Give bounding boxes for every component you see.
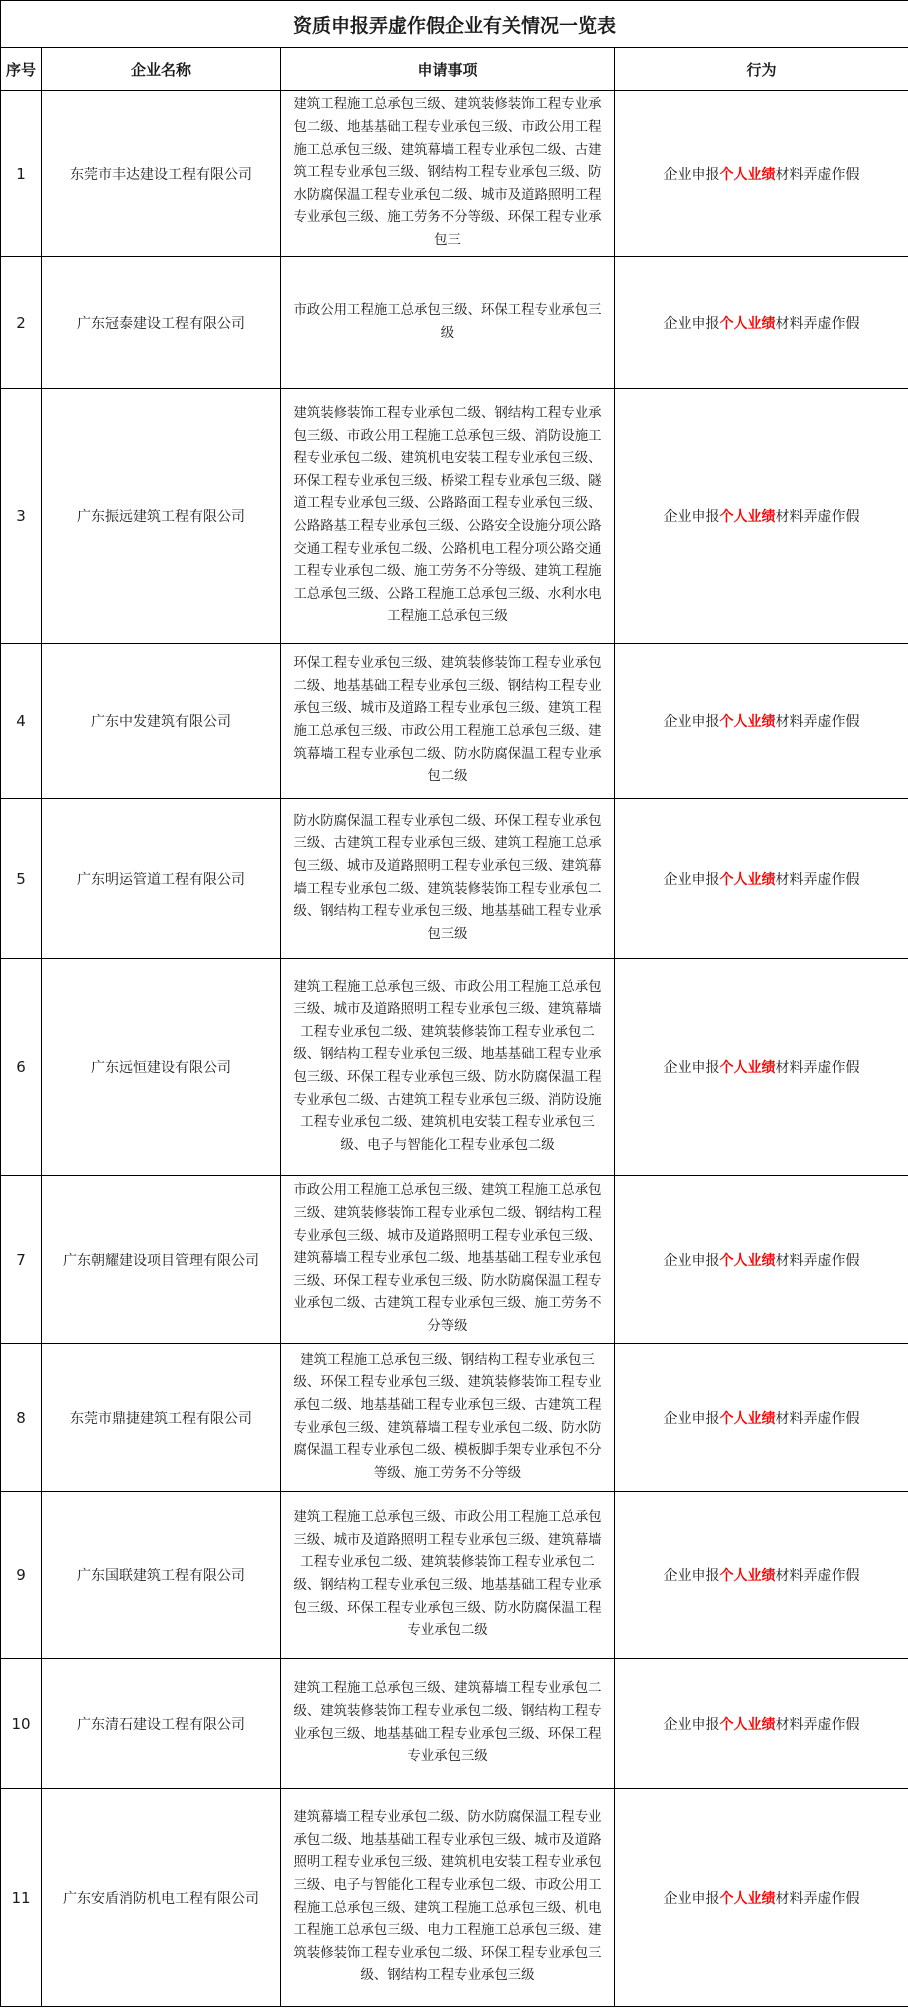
behavior-highlight: 个人业绩 [720, 714, 776, 730]
fraud-enterprise-table: 资质申报弄虚作假企业有关情况一览表 序号 企业名称 申请事项 行为 1 东莞市丰… [0, 0, 908, 2007]
behavior: 企业申报个人业绩材料弄虚作假 [615, 1659, 908, 1789]
behavior-prefix: 企业申报 [664, 509, 720, 525]
application-items-text: 建筑幕墙工程专业承包二级、防水防腐保温工程专业承包二级、地基基础工程专业承包三级… [287, 1807, 608, 1988]
application-items-text: 建筑工程施工总承包三级、市政公用工程施工总承包三级、城市及道路照明工程专业承包三… [287, 1507, 608, 1643]
application-items: 市政公用工程施工总承包三级、建筑工程施工总承包三级、建筑装修装饰工程专业承包二级… [281, 1176, 615, 1344]
header-company: 企业名称 [42, 48, 281, 91]
behavior-prefix: 企业申报 [664, 714, 720, 730]
behavior-suffix: 材料弄虚作假 [776, 1891, 860, 1907]
application-items: 防水防腐保温工程专业承包二级、环保工程专业承包三级、古建筑工程专业承包三级、建筑… [281, 799, 615, 959]
application-items-text: 市政公用工程施工总承包三级、建筑工程施工总承包三级、建筑装修装饰工程专业承包二级… [287, 1180, 608, 1338]
header-row: 序号 企业名称 申请事项 行为 [1, 48, 908, 91]
application-items-text: 防水防腐保温工程专业承包二级、环保工程专业承包三级、古建筑工程专业承包三级、建筑… [287, 811, 608, 947]
table-body: 1 东莞市丰达建设工程有限公司 建筑工程施工总承包三级、建筑装修装饰工程专业承包… [1, 91, 908, 2007]
behavior-suffix: 材料弄虚作假 [776, 167, 860, 183]
behavior: 企业申报个人业绩材料弄虚作假 [615, 959, 908, 1176]
behavior-highlight: 个人业绩 [720, 167, 776, 183]
behavior-highlight: 个人业绩 [720, 316, 776, 332]
behavior-suffix: 材料弄虚作假 [776, 1717, 860, 1733]
behavior-prefix: 企业申报 [664, 1891, 720, 1907]
behavior-highlight: 个人业绩 [720, 872, 776, 888]
behavior-highlight: 个人业绩 [720, 1891, 776, 1907]
row-index: 8 [1, 1344, 42, 1492]
behavior-prefix: 企业申报 [664, 167, 720, 183]
company-name: 广东明运管道工程有限公司 [42, 799, 281, 959]
company-name: 广东安盾消防机电工程有限公司 [42, 1789, 281, 2007]
application-items-text: 建筑工程施工总承包三级、钢结构工程专业承包三级、环保工程专业承包三级、建筑装修装… [287, 1350, 608, 1486]
table-row: 8 东莞市鼎捷建筑工程有限公司 建筑工程施工总承包三级、钢结构工程专业承包三级、… [1, 1344, 908, 1492]
behavior-highlight: 个人业绩 [720, 1717, 776, 1733]
behavior-suffix: 材料弄虚作假 [776, 872, 860, 888]
table-row: 11 广东安盾消防机电工程有限公司 建筑幕墙工程专业承包二级、防水防腐保温工程专… [1, 1789, 908, 2007]
behavior-highlight: 个人业绩 [720, 1060, 776, 1076]
behavior-prefix: 企业申报 [664, 1411, 720, 1427]
table-row: 10 广东清石建设工程有限公司 建筑工程施工总承包三级、建筑幕墙工程专业承包二级… [1, 1659, 908, 1789]
header-behavior: 行为 [615, 48, 908, 91]
behavior: 企业申报个人业绩材料弄虚作假 [615, 1344, 908, 1492]
row-index: 2 [1, 257, 42, 389]
application-items-text: 建筑工程施工总承包三级、市政公用工程施工总承包三级、城市及道路照明工程专业承包三… [287, 977, 608, 1158]
behavior-prefix: 企业申报 [664, 1253, 720, 1269]
row-index: 11 [1, 1789, 42, 2007]
behavior-suffix: 材料弄虚作假 [776, 316, 860, 332]
table-row: 6 广东远恒建设有限公司 建筑工程施工总承包三级、市政公用工程施工总承包三级、城… [1, 959, 908, 1176]
company-name: 广东中发建筑有限公司 [42, 644, 281, 799]
behavior: 企业申报个人业绩材料弄虚作假 [615, 91, 908, 257]
application-items: 建筑工程施工总承包三级、市政公用工程施工总承包三级、城市及道路照明工程专业承包三… [281, 1492, 615, 1659]
application-items-text: 建筑工程施工总承包三级、建筑幕墙工程专业承包二级、建筑装修装饰工程专业承包二级、… [287, 1678, 608, 1768]
company-name: 广东冠泰建设工程有限公司 [42, 257, 281, 389]
table-row: 2 广东冠泰建设工程有限公司 市政公用工程施工总承包三级、环保工程专业承包三级 … [1, 257, 908, 389]
table-row: 4 广东中发建筑有限公司 环保工程专业承包三级、建筑装修装饰工程专业承包二级、地… [1, 644, 908, 799]
behavior: 企业申报个人业绩材料弄虚作假 [615, 257, 908, 389]
behavior-prefix: 企业申报 [664, 872, 720, 888]
application-items: 建筑工程施工总承包三级、建筑幕墙工程专业承包二级、建筑装修装饰工程专业承包二级、… [281, 1659, 615, 1789]
behavior-suffix: 材料弄虚作假 [776, 509, 860, 525]
behavior-highlight: 个人业绩 [720, 1253, 776, 1269]
application-items-text: 市政公用工程施工总承包三级、环保工程专业承包三级 [287, 300, 608, 345]
application-items: 建筑工程施工总承包三级、钢结构工程专业承包三级、环保工程专业承包三级、建筑装修装… [281, 1344, 615, 1492]
application-items: 建筑装修装饰工程专业承包二级、钢结构工程专业承包三级、市政公用工程施工总承包三级… [281, 389, 615, 644]
row-index: 7 [1, 1176, 42, 1344]
company-name: 广东振远建筑工程有限公司 [42, 389, 281, 644]
behavior-suffix: 材料弄虚作假 [776, 1060, 860, 1076]
row-index: 9 [1, 1492, 42, 1659]
company-name: 广东朝耀建设项目管理有限公司 [42, 1176, 281, 1344]
application-items: 建筑幕墙工程专业承包二级、防水防腐保温工程专业承包二级、地基基础工程专业承包三级… [281, 1789, 615, 2007]
row-index: 6 [1, 959, 42, 1176]
behavior-prefix: 企业申报 [664, 1568, 720, 1584]
behavior-highlight: 个人业绩 [720, 1411, 776, 1427]
behavior-suffix: 材料弄虚作假 [776, 1568, 860, 1584]
behavior-suffix: 材料弄虚作假 [776, 714, 860, 730]
behavior: 企业申报个人业绩材料弄虚作假 [615, 1492, 908, 1659]
behavior-prefix: 企业申报 [664, 1717, 720, 1733]
behavior: 企业申报个人业绩材料弄虚作假 [615, 1789, 908, 2007]
row-index: 1 [1, 91, 42, 257]
table-row: 3 广东振远建筑工程有限公司 建筑装修装饰工程专业承包二级、钢结构工程专业承包三… [1, 389, 908, 644]
behavior-prefix: 企业申报 [664, 316, 720, 332]
table-title: 资质申报弄虚作假企业有关情况一览表 [1, 1, 908, 48]
company-name: 广东远恒建设有限公司 [42, 959, 281, 1176]
behavior-prefix: 企业申报 [664, 1060, 720, 1076]
table-row: 9 广东国联建筑工程有限公司 建筑工程施工总承包三级、市政公用工程施工总承包三级… [1, 1492, 908, 1659]
behavior: 企业申报个人业绩材料弄虚作假 [615, 1176, 908, 1344]
behavior-highlight: 个人业绩 [720, 1568, 776, 1584]
header-items: 申请事项 [281, 48, 615, 91]
table-row: 7 广东朝耀建设项目管理有限公司 市政公用工程施工总承包三级、建筑工程施工总承包… [1, 1176, 908, 1344]
behavior: 企业申报个人业绩材料弄虚作假 [615, 644, 908, 799]
table-row: 1 东莞市丰达建设工程有限公司 建筑工程施工总承包三级、建筑装修装饰工程专业承包… [1, 91, 908, 257]
row-index: 5 [1, 799, 42, 959]
row-index: 3 [1, 389, 42, 644]
table-row: 5 广东明运管道工程有限公司 防水防腐保温工程专业承包二级、环保工程专业承包三级… [1, 799, 908, 959]
application-items: 环保工程专业承包三级、建筑装修装饰工程专业承包二级、地基基础工程专业承包三级、钢… [281, 644, 615, 799]
application-items: 市政公用工程施工总承包三级、环保工程专业承包三级 [281, 257, 615, 389]
company-name: 东莞市鼎捷建筑工程有限公司 [42, 1344, 281, 1492]
behavior: 企业申报个人业绩材料弄虚作假 [615, 799, 908, 959]
behavior: 企业申报个人业绩材料弄虚作假 [615, 389, 908, 644]
application-items: 建筑工程施工总承包三级、建筑装修装饰工程专业承包二级、地基基础工程专业承包三级、… [281, 91, 615, 257]
header-index: 序号 [1, 48, 42, 91]
behavior-suffix: 材料弄虚作假 [776, 1411, 860, 1427]
row-index: 4 [1, 644, 42, 799]
application-items-text: 建筑装修装饰工程专业承包二级、钢结构工程专业承包三级、市政公用工程施工总承包三级… [287, 403, 608, 629]
row-index: 10 [1, 1659, 42, 1789]
behavior-suffix: 材料弄虚作假 [776, 1253, 860, 1269]
company-name: 广东清石建设工程有限公司 [42, 1659, 281, 1789]
title-row: 资质申报弄虚作假企业有关情况一览表 [1, 1, 908, 48]
application-items-text: 环保工程专业承包三级、建筑装修装饰工程专业承包二级、地基基础工程专业承包三级、钢… [287, 653, 608, 789]
application-items: 建筑工程施工总承包三级、市政公用工程施工总承包三级、城市及道路照明工程专业承包三… [281, 959, 615, 1176]
application-items-text: 建筑工程施工总承包三级、建筑装修装饰工程专业承包二级、地基基础工程专业承包三级、… [287, 94, 608, 252]
behavior-highlight: 个人业绩 [720, 509, 776, 525]
company-name: 广东国联建筑工程有限公司 [42, 1492, 281, 1659]
company-name: 东莞市丰达建设工程有限公司 [42, 91, 281, 257]
